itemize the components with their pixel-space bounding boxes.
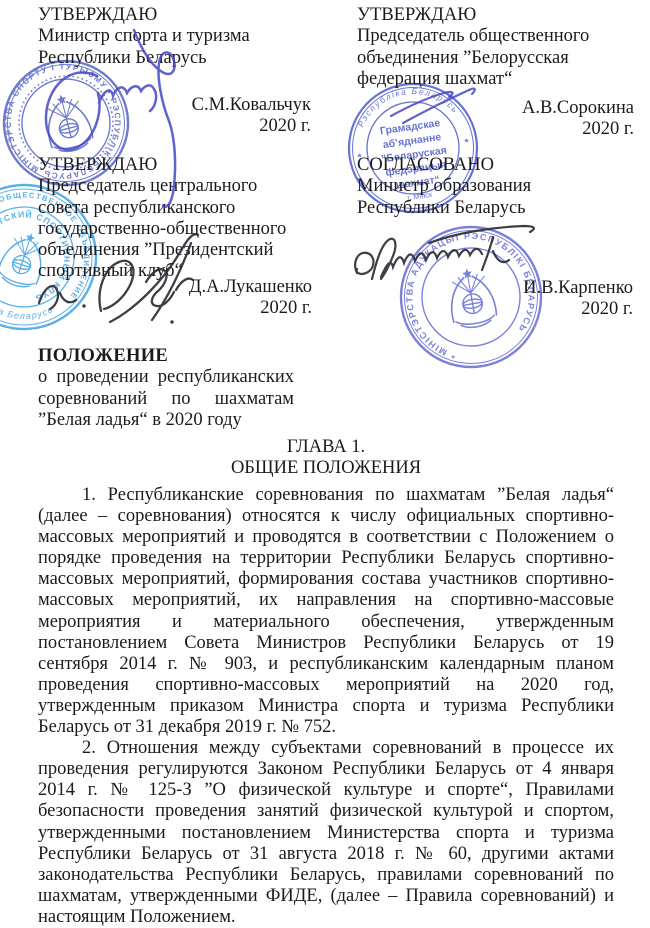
signer-psk: Д.А.Лукашенко 2020 г. xyxy=(189,277,312,320)
signature-sorokina xyxy=(391,89,475,123)
document-title: ПОЛОЖЕНИЕ о проведении республиканских с… xyxy=(38,346,294,431)
chapter-heading: ГЛАВА 1. ОБЩИЕ ПОЛОЖЕНИЯ xyxy=(38,437,614,480)
approval-line: Председатель общественного xyxy=(357,26,589,47)
approval-heading: СОГЛАСОВАНО xyxy=(357,155,531,176)
approval-line: объединения ”Президентский xyxy=(38,240,286,261)
title-heading: ПОЛОЖЕНИЕ xyxy=(38,346,294,367)
approval-block-minedu: СОГЛАСОВАНО Министр образования Республи… xyxy=(357,155,531,219)
signer-year: 2020 г. xyxy=(522,119,634,140)
signer-name: И.В.Карпенко xyxy=(523,278,633,299)
signer-name: А.В.Сорокина xyxy=(522,98,634,119)
signer-name: Д.А.Лукашенко xyxy=(189,277,312,298)
approval-line: Республики Беларусь xyxy=(357,198,531,219)
approval-line: Министр спорта и туризма xyxy=(38,26,250,47)
signature-karpenko xyxy=(355,226,534,279)
approval-line: объединения ”Белорусская xyxy=(357,48,589,69)
signer-minedu: И.В.Карпенко 2020 г. xyxy=(523,278,633,321)
title-line: ”Белая ладья“ в 2020 году xyxy=(38,410,294,431)
approval-block-minsport: УТВЕРЖДАЮ Министр спорта и туризма Респу… xyxy=(38,5,250,69)
approval-heading: УТВЕРЖДАЮ xyxy=(357,5,589,26)
chapter-number: ГЛАВА 1. xyxy=(38,437,614,458)
stamp-chess-line: аб’яднанне xyxy=(382,131,442,151)
chapter-title: ОБЩИЕ ПОЛОЖЕНИЯ xyxy=(38,458,614,479)
approval-line: Республики Беларусь xyxy=(38,48,250,69)
signer-year: 2020 г. xyxy=(192,116,311,137)
title-line: о проведении республиканских xyxy=(38,367,294,388)
stamp-chess-star-right: * xyxy=(464,137,469,148)
signer-minsport: С.М.Ковальчук 2020 г. xyxy=(192,95,311,138)
body-text: 1. Республиканские соревнования по шахма… xyxy=(38,485,614,928)
coat-of-arms-icon xyxy=(40,89,95,155)
approval-block-chessfed: УТВЕРЖДАЮ Председатель общественного объ… xyxy=(357,5,589,90)
signer-year: 2020 г. xyxy=(523,299,633,320)
approval-line: Министр образования xyxy=(357,176,531,197)
approval-line: совета республиканского xyxy=(38,198,286,219)
signer-name: С.М.Ковальчук xyxy=(192,95,311,116)
approval-line: государственно-общественного xyxy=(38,219,286,240)
title-line: соревнований по шахматам xyxy=(38,389,294,410)
signer-chessfed: А.В.Сорокина 2020 г. xyxy=(522,98,634,141)
document-page: МІНІСТЭРСТВА СПОРТУ І ТУРЫЗМУ • РЭСПУБЛІ… xyxy=(0,0,650,928)
approval-heading: УТВЕРЖДАЮ xyxy=(38,5,250,26)
approval-line: федерация шахмат“ xyxy=(357,69,589,90)
paragraph-1: 1. Республиканские соревнования по шахма… xyxy=(38,485,614,738)
coat-of-arms-icon xyxy=(445,265,499,331)
paragraph-2: 2. Отношения между субъектами соревнован… xyxy=(38,738,614,928)
signer-year: 2020 г. xyxy=(189,298,312,319)
approval-line: Председатель центрального xyxy=(38,176,286,197)
approval-heading: УТВЕРЖДАЮ xyxy=(38,155,286,176)
stamp-chess-line: Грамадскае xyxy=(379,117,441,137)
approval-block-psk: УТВЕРЖДАЮ Председатель центрального сове… xyxy=(38,155,286,283)
